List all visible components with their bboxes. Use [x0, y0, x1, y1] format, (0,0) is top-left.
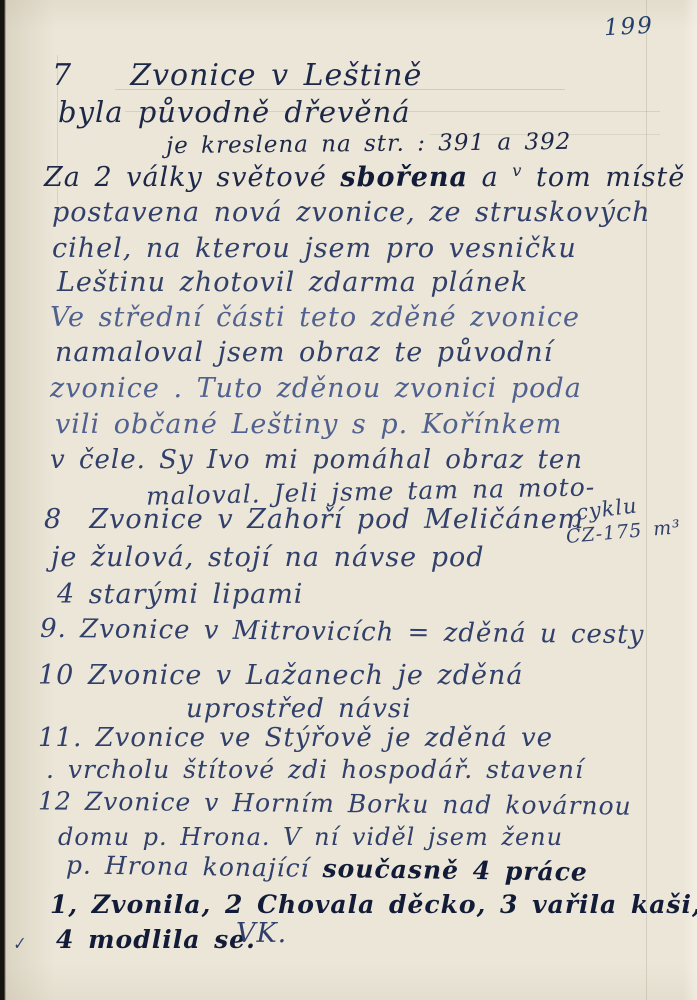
text-segment: byla původně dřevěná	[58, 95, 411, 129]
manuscript-line: namaloval jsem obraz te původní	[55, 339, 553, 367]
manuscript-line: 1, Zvonila, 2 Chovala děcko, 3 vařila ka…	[50, 892, 697, 918]
manuscript-line: 8 Zvonice v Zahoří pod Meličánem	[44, 506, 584, 534]
manuscript-line: zvonice . Tuto zděnou zvonici poda	[50, 375, 582, 403]
text-segment: v čele. Sy Ivo mi pomáhal obraz ten	[50, 445, 583, 475]
paper-crease-vertical	[646, 0, 647, 1000]
text-segment: 11. Zvonice ve Stýřově je zděná ve	[38, 723, 553, 753]
text-segment: domu p. Hrona. V ní viděl jsem ženu	[58, 823, 563, 851]
text-segment: 10 Zvonice v Lažanech je zděná	[38, 660, 523, 691]
manuscript-line: postavena nová zvonice, ze struskových	[52, 199, 651, 227]
manuscript-line: uprostřed návsi	[186, 696, 412, 723]
manuscript-line: je kreslena na str. : 391 a 392	[166, 130, 572, 158]
manuscript-line: . vrcholu štítové zdi hospodář. stavení	[46, 757, 584, 783]
text-segment: 7 Zvonice v Leštině	[52, 58, 422, 93]
text-segment: tom místě	[522, 162, 685, 193]
text-segment: p. Hrona konající	[66, 850, 323, 883]
text-segment: uprostřed návsi	[186, 694, 412, 724]
manuscript-line: 4 starými lipami	[57, 581, 303, 609]
manuscript-line: 9. Zvonice v Mitrovicích = zděná u cesty	[40, 616, 645, 650]
text-segment: cihel, na kterou jsem pro vesničku	[52, 233, 577, 264]
manuscript-line: Ve střední části teto zděné zvonice	[50, 304, 580, 332]
manuscript-line: 11. Zvonice ve Stýřově je zděná ve	[38, 725, 553, 752]
manuscript-line: 12 Zvonice v Horním Borku nad kovárnou	[38, 788, 632, 819]
text-segment: 9. Zvonice v Mitrovicích = zděná u cesty	[40, 614, 645, 650]
text-segment: Leštinu zhotovil zdarma plánek	[57, 267, 528, 298]
manuscript-line: cyklu	[575, 494, 639, 523]
text-segment: 1, Zvonila, 2 Chovala děcko, 3 vařila ka…	[50, 890, 697, 919]
manuscript-line: byla původně dřevěná	[58, 97, 411, 127]
text-segment: 12 Zvonice v Horním Borku nad kovárnou	[38, 786, 632, 820]
text-segment: vili občané Leštiny s p. Kořínkem	[55, 409, 562, 440]
text-segment: Ve střední části teto zděné zvonice	[50, 302, 580, 333]
manuscript-line: p. Hrona konající současně 4 práce	[66, 852, 588, 886]
manuscript-line: 4 modlila se.	[56, 927, 256, 953]
stray-mark: ✓	[10, 935, 28, 954]
manuscript-line: Leštinu zhotovil zdarma plánek	[57, 269, 528, 297]
text-segment: ✓	[10, 933, 28, 955]
text-segment: je žulová, stojí na návse pod	[51, 542, 485, 573]
manuscript-line: vili občané Leštiny s p. Kořínkem	[55, 411, 562, 439]
text-segment: 4 starými lipami	[57, 579, 303, 610]
text-segment: 4 modlila se.	[56, 925, 256, 954]
text-segment: sbořena	[340, 162, 468, 193]
text-segment: postavena nová zvonice, ze struskových	[52, 197, 651, 228]
manuscript-line: je žulová, stojí na návse pod	[51, 544, 485, 572]
manuscript-line: Za 2 války světové sbořena a v tom místě	[44, 162, 685, 192]
manuscript-line: 7 Zvonice v Leštině	[52, 60, 422, 92]
manuscript-line: 10 Zvonice v Lažanech je zděná	[38, 662, 523, 690]
manuscript-line: VK.	[236, 920, 287, 948]
text-segment: je kreslena na str. : 391 a 392	[166, 129, 572, 159]
page-number: 199	[603, 13, 654, 42]
text-segment: . vrcholu štítové zdi hospodář. stavení	[46, 755, 584, 784]
text-segment: namaloval jsem obraz te původní	[55, 337, 553, 368]
text-segment: VK.	[236, 918, 287, 949]
text-segment: současně 4 práce	[322, 854, 588, 887]
text-segment: a	[468, 162, 512, 193]
text-segment: zvonice . Tuto zděnou zvonici poda	[50, 373, 582, 404]
text-segment: Za 2 války světové	[44, 162, 340, 193]
manuscript-line: v čele. Sy Ivo mi pomáhal obraz ten	[50, 447, 583, 474]
manuscript-line: cihel, na kterou jsem pro vesničku	[52, 235, 577, 263]
text-segment: 8 Zvonice v Zahoří pod Meličánem	[44, 504, 584, 535]
text-segment: v	[512, 161, 522, 180]
manuscript-line: domu p. Hrona. V ní viděl jsem ženu	[58, 825, 563, 850]
scanned-manuscript-page: 199 7 Zvonice v Leštiněbyla původně dřev…	[0, 0, 697, 1000]
